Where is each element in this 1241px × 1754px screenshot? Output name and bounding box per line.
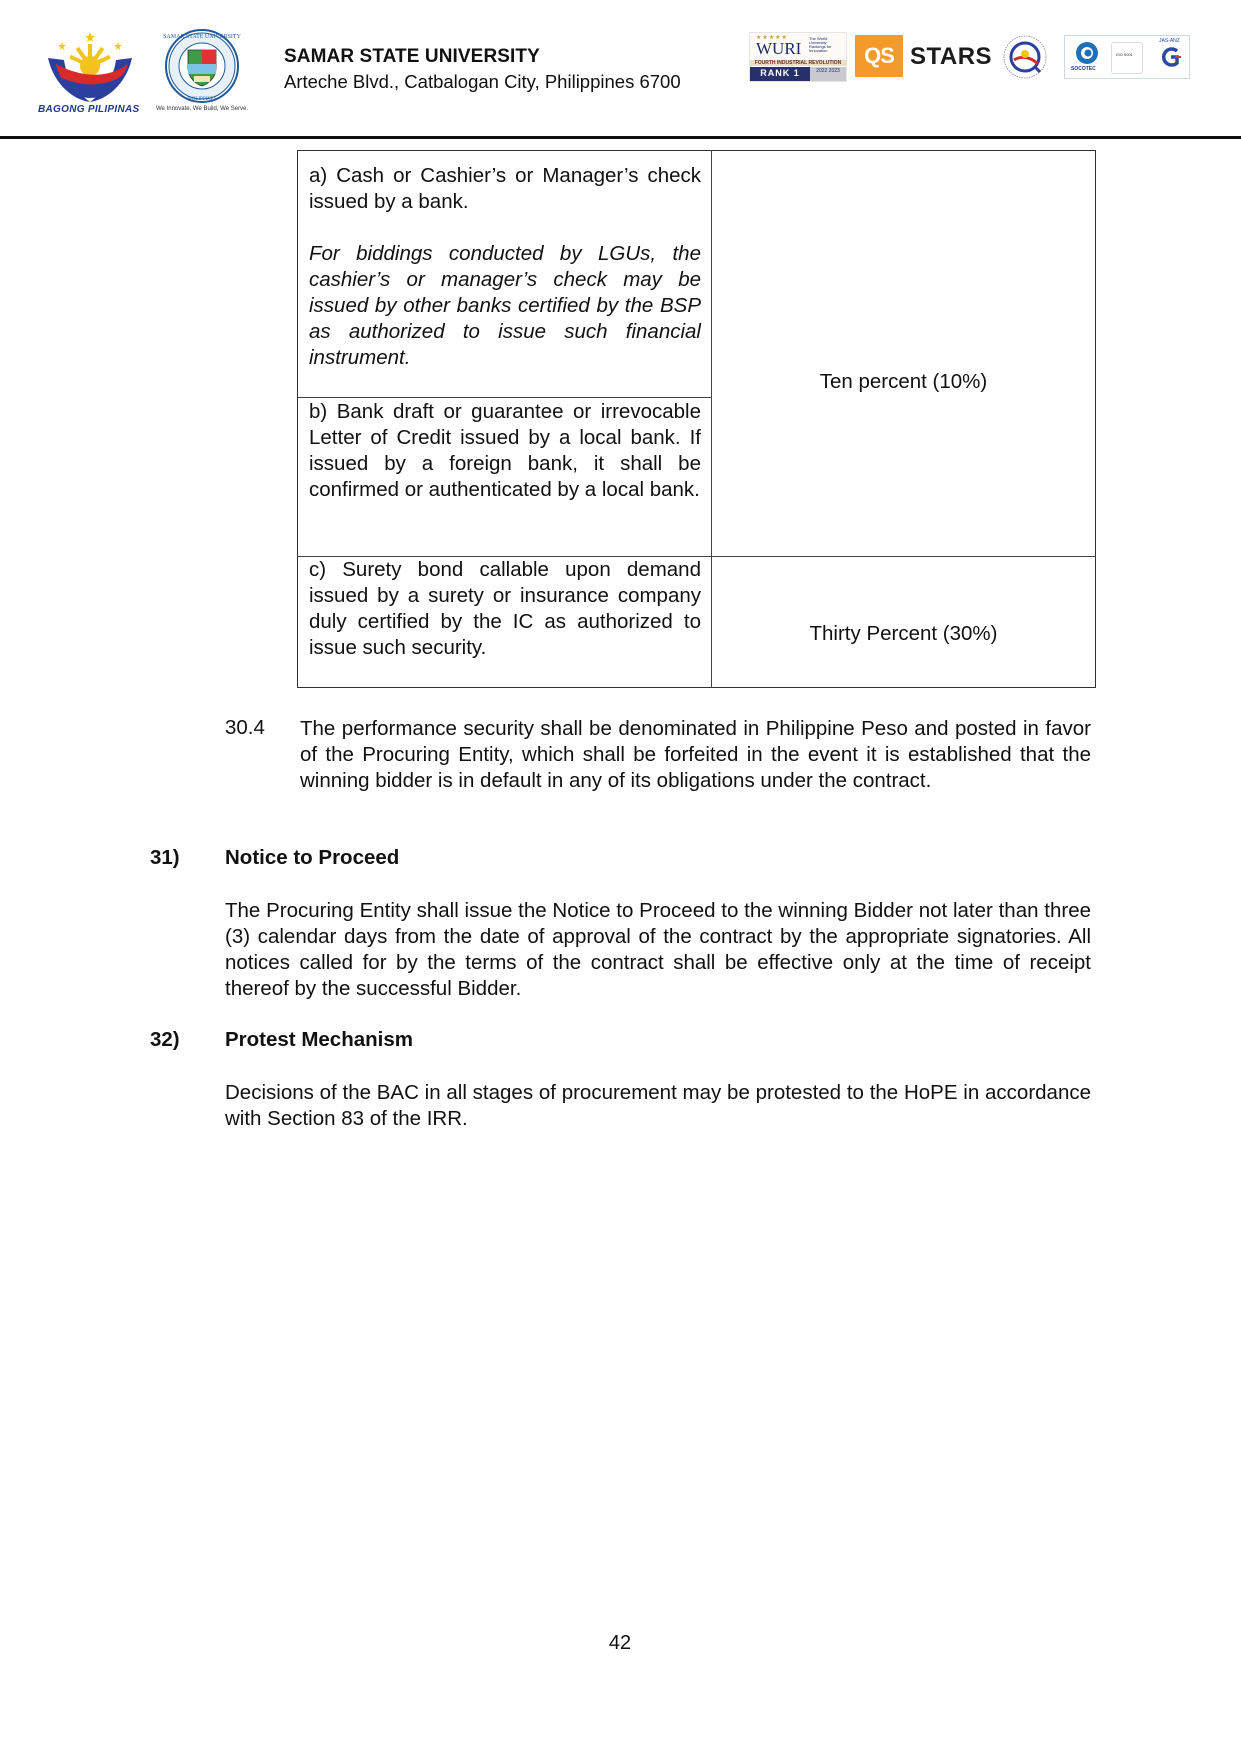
svg-text:SAMAR STATE UNIVERSITY: SAMAR STATE UNIVERSITY bbox=[163, 34, 242, 40]
table-cell-form-c: c) Surety bond callable upon demand issu… bbox=[309, 557, 701, 661]
section-32-title: Protest Mechanism bbox=[225, 1028, 413, 1052]
iso-divider-box bbox=[1111, 42, 1143, 74]
jas-anz-label: JAS-ANZ bbox=[1159, 38, 1180, 44]
section-32-text: Decisions of the BAC in all stages of pr… bbox=[225, 1080, 1091, 1132]
philippine-quality-award-icon bbox=[1000, 34, 1050, 80]
socotec-label: SOCOTEC bbox=[1071, 66, 1096, 72]
socotec-icon bbox=[1075, 41, 1099, 65]
page-number: 42 bbox=[600, 1632, 640, 1655]
jas-anz-icon bbox=[1161, 47, 1181, 67]
ssu-tagline: We Innovate, We Build, We Serve. bbox=[156, 106, 248, 112]
header-divider bbox=[0, 136, 1241, 139]
table-cell-amount-ten-percent: Ten percent (10%) bbox=[711, 370, 1096, 394]
section-31-title: Notice to Proceed bbox=[225, 846, 399, 870]
table-cell-form-a: a) Cash or Cashier’s or Manager’s check … bbox=[309, 163, 701, 215]
wuri-years: 2022 2023 bbox=[810, 67, 846, 81]
table-cell-form-a-note: For biddings conducted by LGUs, the cash… bbox=[309, 241, 701, 371]
qs-logo-icon: QS bbox=[855, 35, 903, 77]
bagong-pilipinas-logo-icon bbox=[44, 30, 136, 104]
university-name: SAMAR STATE UNIVERSITY bbox=[284, 46, 540, 68]
clause-number-30-4: 30.4 bbox=[225, 716, 265, 740]
iso-standard: ISO 9001 bbox=[1116, 52, 1133, 57]
svg-text:PHILIPPINES: PHILIPPINES bbox=[187, 97, 217, 102]
ssu-seal-icon: SAMAR STATE UNIVERSITY PHILIPPINES bbox=[156, 28, 248, 104]
iso-certification-badge: SOCOTEC ISO 9001 JAS-ANZ bbox=[1064, 35, 1190, 79]
section-32-number: 32) bbox=[150, 1028, 180, 1052]
university-address: Arteche Blvd., Catbalogan City, Philippi… bbox=[284, 71, 681, 93]
section-31-number: 31) bbox=[150, 846, 180, 870]
table-column-divider bbox=[711, 150, 712, 688]
qs-stars-wordmark: STARS bbox=[910, 43, 992, 71]
table-cell-amount-thirty-percent: Thirty Percent (30%) bbox=[711, 622, 1096, 646]
bagong-pilipinas-wordmark: BAGONG PILIPINAS bbox=[38, 104, 139, 115]
table-cell-form-b: b) Bank draft or guarantee or irrevocabl… bbox=[309, 399, 701, 503]
wuri-rank-badge: ★★★★★ WURI The World University Rankings… bbox=[749, 32, 847, 82]
wuri-subtitle: The World University Rankings for Innova… bbox=[809, 37, 843, 53]
clause-30-4-text: The performance security shall be denomi… bbox=[300, 716, 1091, 794]
wuri-wordmark: WURI bbox=[756, 39, 801, 59]
table-row-divider bbox=[297, 397, 712, 398]
wuri-rank: RANK 1 bbox=[750, 67, 810, 81]
wuri-category: FOURTH INDUSTRIAL REVOLUTION bbox=[750, 60, 846, 66]
section-31-text: The Procuring Entity shall issue the Not… bbox=[225, 898, 1091, 1002]
